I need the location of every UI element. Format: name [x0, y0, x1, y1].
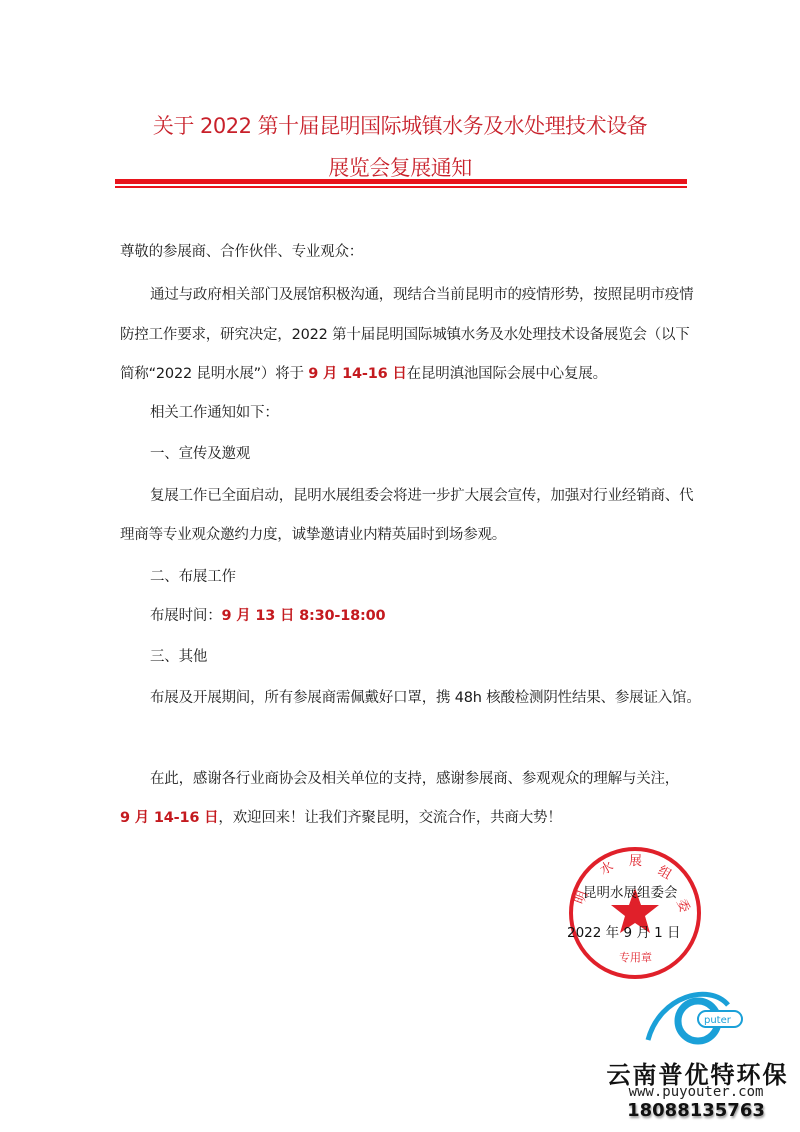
swirl-logo-icon: puter — [640, 985, 750, 1050]
puyouter-logo: puter — [640, 985, 750, 1050]
setup-time-label: 布展时间： — [150, 608, 222, 624]
seal-ring-icon: 水 展 组 明 委 专用章 — [565, 843, 705, 983]
section2-heading: 二、布展工作 — [150, 565, 236, 586]
closing-line1: 在此，感谢各行业商协会及相关单位的支持，感谢参展商、参观观众的理解与关注， — [150, 767, 679, 788]
para1-line3-post: 在昆明滇池国际会展中心复展。 — [407, 366, 607, 382]
svg-text:展: 展 — [629, 854, 642, 869]
svg-text:专用章: 专用章 — [619, 950, 652, 964]
para1-line1: 通过与政府相关部门及展馆积极沟通，现结合当前昆明市的疫情形势，按照昆明市疫情 — [150, 283, 693, 304]
title-rule-thin — [115, 186, 687, 188]
para1-line2: 防控工作要求，研究决定，2022 第十届昆明国际城镇水务及水处理技术设备展览会（… — [120, 323, 690, 344]
company-phone: 18088135763 — [596, 1100, 796, 1121]
official-seal: 水 展 组 明 委 专用章 昆明水展组委会 2022 年 9 月 1 日 — [565, 843, 705, 983]
closing-line2-post: ，欢迎回来！让我们齐聚昆明，交流合作，共商大势！ — [218, 810, 561, 826]
resume-dates-highlight: 9 月 14-16 日 — [308, 366, 406, 382]
closing-dates-highlight: 9 月 14-16 日 — [120, 810, 218, 826]
section2-time: 布展时间：9 月 13 日 8:30-18:00 — [150, 604, 385, 625]
section1-line2: 理商等专业观众邀约力度，诚挚邀请业内精英届时到场参观。 — [120, 523, 506, 544]
document-title-line-2: 展览会复展通知 — [0, 152, 800, 182]
setup-time-highlight: 9 月 13 日 8:30-18:00 — [222, 608, 386, 624]
svg-text:puter: puter — [704, 1015, 732, 1026]
title-rule-thick — [115, 179, 687, 184]
para1-line3: 简称“2022 昆明水展”）将于 9 月 14-16 日在昆明滇池国际会展中心复… — [120, 362, 607, 383]
notice-intro: 相关工作通知如下： — [150, 401, 279, 422]
signature-org: 昆明水展组委会 — [583, 881, 678, 901]
section1-line1: 复展工作已全面启动，昆明水展组委会将进一步扩大展会宣传，加强对行业经销商、代 — [150, 484, 693, 505]
company-url: www.puyouter.com — [596, 1084, 796, 1100]
document-title-line-1: 关于 2022 第十届昆明国际城镇水务及水处理技术设备 — [0, 110, 800, 140]
salutation: 尊敬的参展商、合作伙伴、专业观众： — [120, 240, 363, 261]
signature-date: 2022 年 9 月 1 日 — [567, 921, 681, 941]
para1-line3-pre: 简称“2022 昆明水展”）将于 — [120, 366, 308, 382]
closing-line2: 9 月 14-16 日，欢迎回来！让我们齐聚昆明，交流合作，共商大势！ — [120, 806, 562, 827]
section3-line1: 布展及开展期间，所有参展商需佩戴好口罩，携 48h 核酸检测阴性结果、参展证入馆… — [150, 686, 701, 707]
section3-heading: 三、其他 — [150, 645, 207, 666]
section1-heading: 一、宣传及邀观 — [150, 442, 250, 463]
